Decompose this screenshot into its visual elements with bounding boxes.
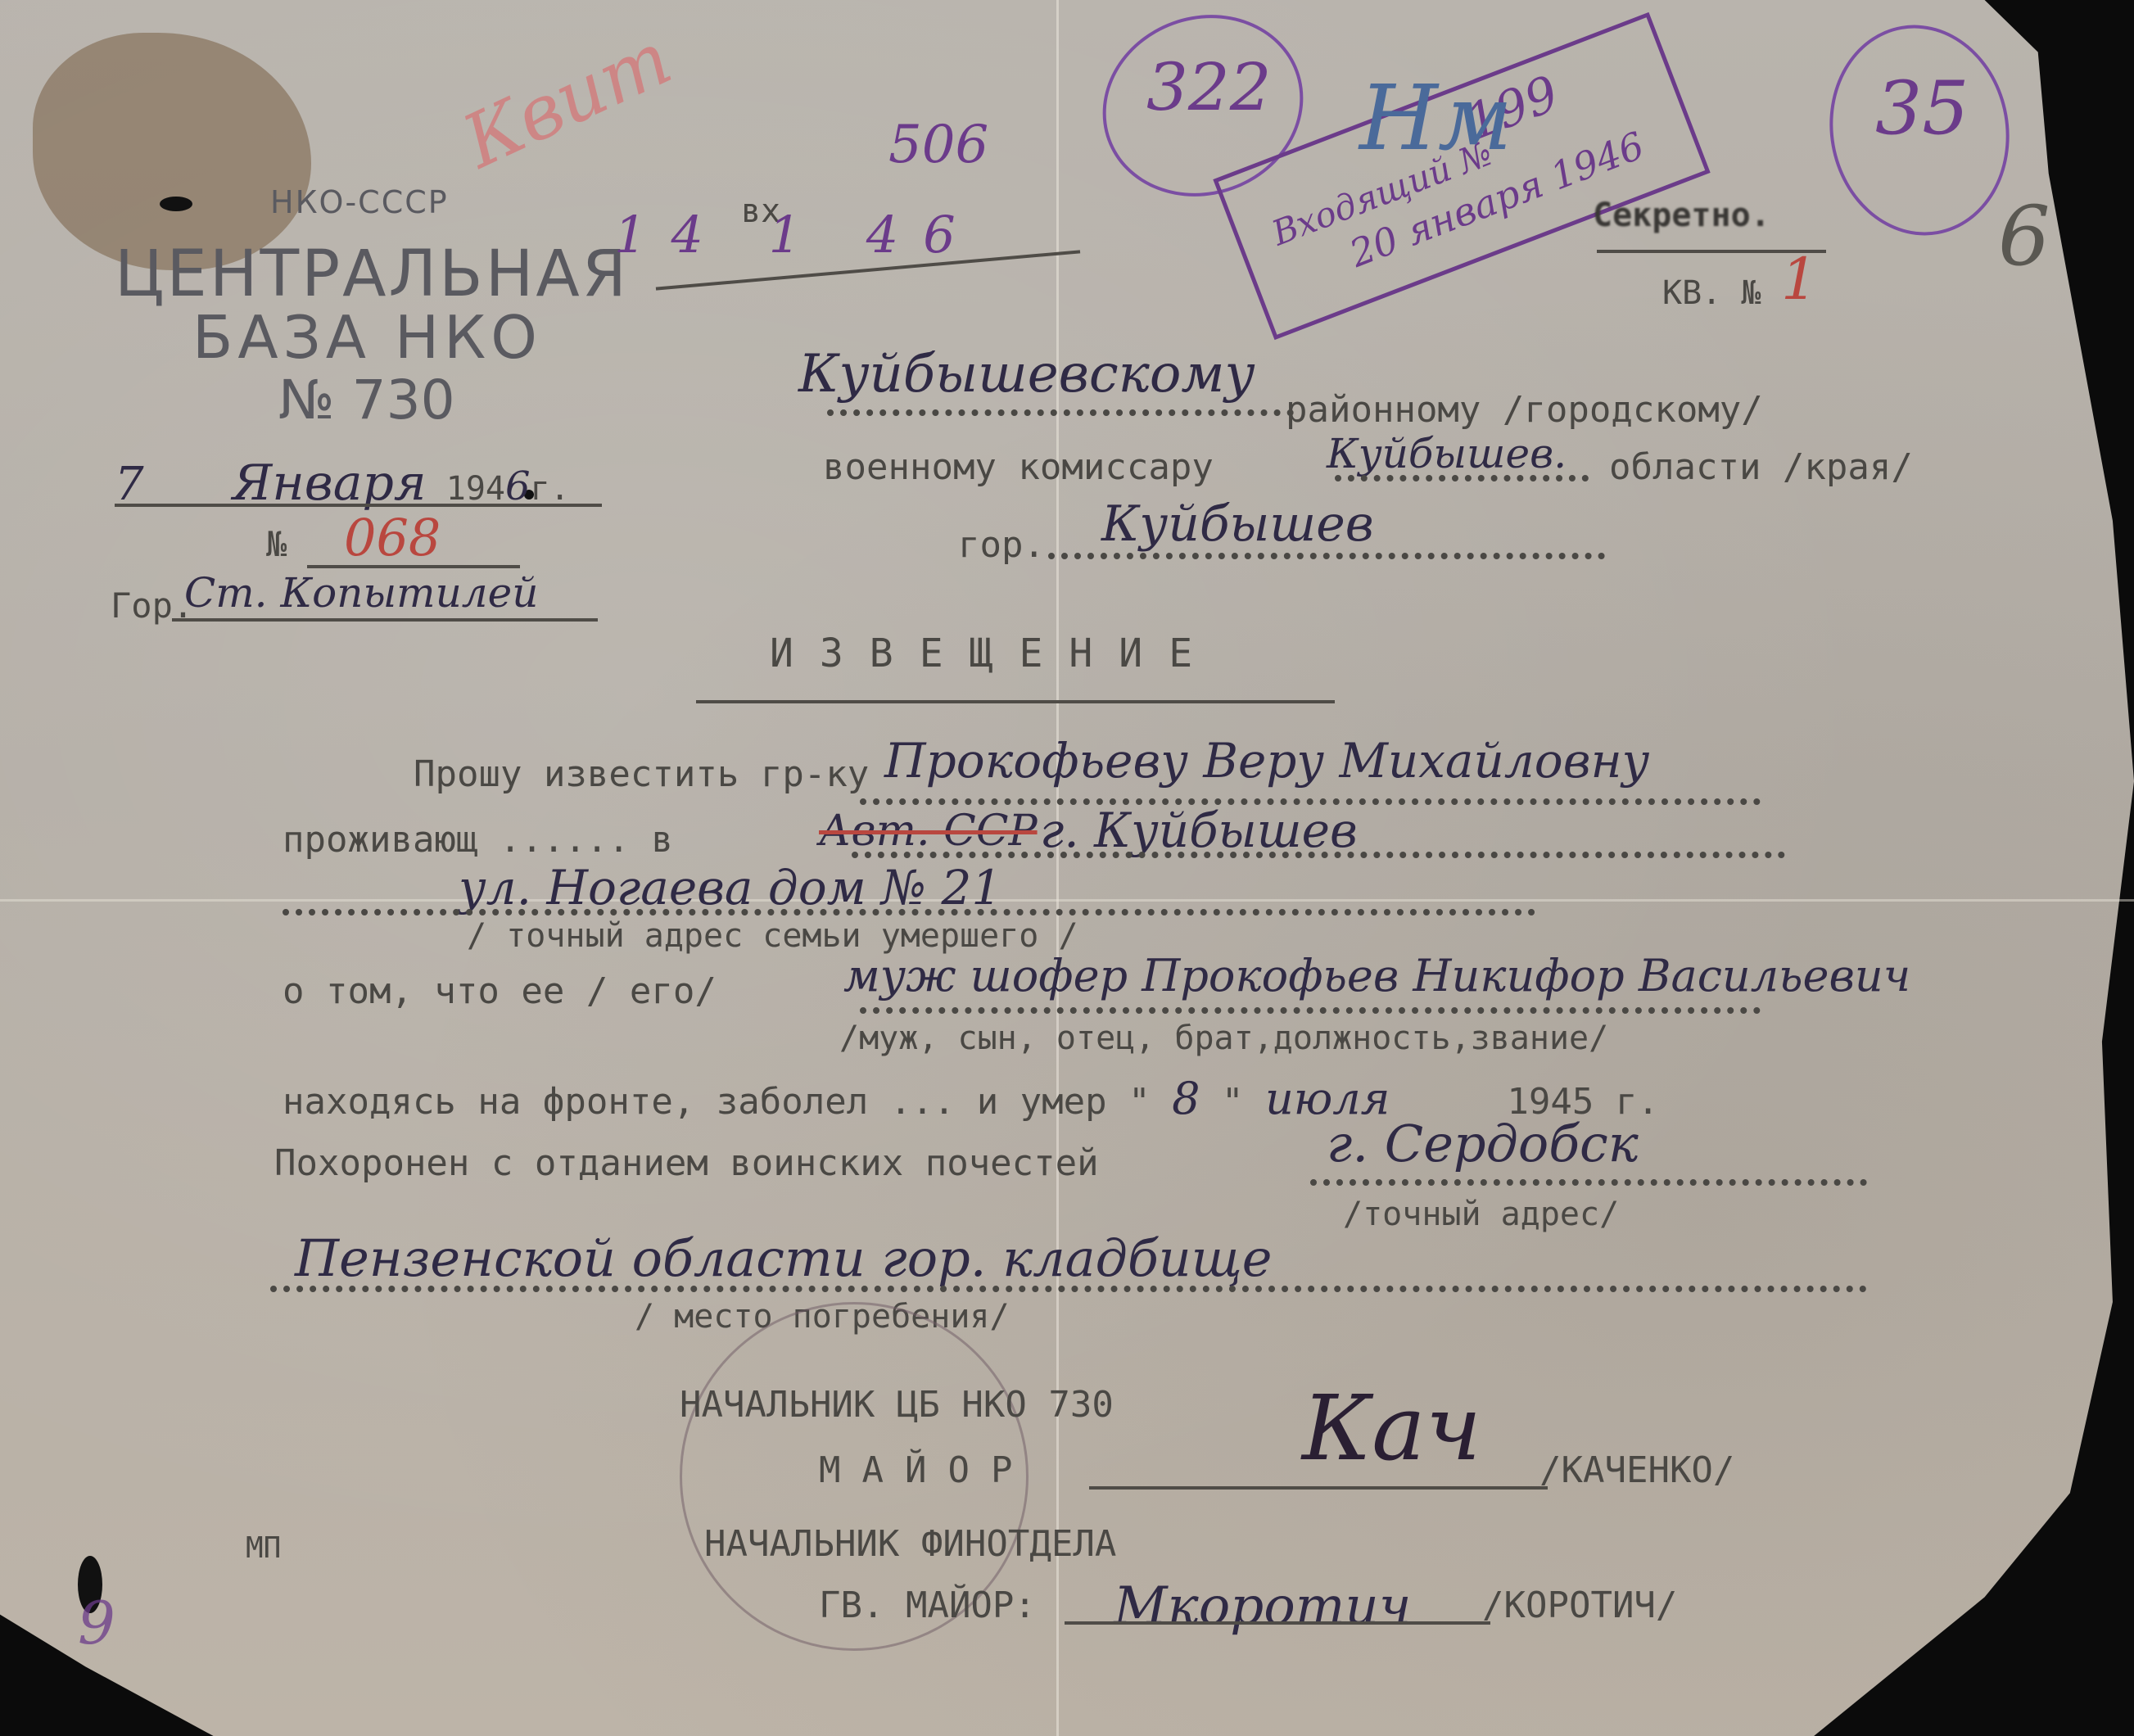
- outgoing-number: 068: [344, 508, 441, 567]
- letterhead-name-2: БАЗА НКО: [192, 303, 542, 372]
- registry-number-1: 322: [1146, 49, 1272, 125]
- body-line2-dots: [852, 852, 1785, 858]
- blue-mark: Нм: [1359, 66, 1512, 170]
- city-underline: [172, 618, 598, 622]
- fold-line-horizontal: [0, 899, 2134, 902]
- pencil-number: 6: [1998, 188, 2050, 284]
- body-line3-dots: [283, 909, 1535, 915]
- addressee-region-dots: [1335, 475, 1589, 481]
- inbound-date: 14 1 46: [614, 205, 980, 264]
- addressee-commissar: военному комиссару: [823, 446, 1214, 488]
- addressee-city-label: гор.: [958, 524, 1045, 566]
- body-line4-caption: /муж, сын, отец, брат,должность,звание/: [839, 1019, 1608, 1057]
- chief-title: НАЧАЛЬНИК ЦБ НКО 730: [680, 1384, 1114, 1426]
- title-underline: [696, 700, 1335, 703]
- date-year-digit: 6: [505, 463, 531, 509]
- letterhead-number: № 730: [278, 368, 455, 432]
- body-line6-dots: [1310, 1179, 1867, 1186]
- body-line4-dots: [860, 1007, 1761, 1014]
- copy-label: КВ. №: [1662, 274, 1761, 312]
- inbound-number: 506: [888, 115, 988, 175]
- city-value: Ст. Копытилей: [184, 569, 538, 617]
- dept-title: НАЧАЛЬНИК ФИНОТДЕЛА: [704, 1523, 1116, 1565]
- body-line2-printed: проживающ ...... в: [283, 819, 673, 861]
- recipient-name: Прокофьеву Веру Михайловну: [884, 733, 1649, 789]
- chief-signature-line: [1089, 1486, 1548, 1490]
- dept-rank: ГВ. МАЙОР:: [819, 1585, 1036, 1626]
- body-line7-dots: [270, 1286, 1867, 1292]
- fold-line-vertical: [1056, 0, 1059, 1736]
- dept-name: /КОРОТИЧ/: [1482, 1585, 1677, 1626]
- burial-city: г. Сердобск: [1327, 1114, 1639, 1173]
- addressee-region-printed: области /края/: [1609, 446, 1913, 488]
- addressee-city-hand: Куйбышев: [1101, 495, 1374, 553]
- body-line5-printed: находясь на фронте, заболел ... и умер ": [283, 1081, 1151, 1123]
- secret-label-struck: Секретно.: [1593, 197, 1770, 234]
- deceased-name: муж шофер Прокофьев Никифор Васильевич: [843, 950, 1910, 1001]
- recipient-city: г. Куйбышев: [1040, 802, 1358, 858]
- recipient-street: ул. Ногаева дом № 21: [459, 860, 1001, 915]
- body-line2-struck: Авт. ССР: [819, 807, 1038, 856]
- chief-signature: Кач: [1302, 1376, 1481, 1481]
- dept-signature: Мкоротич: [1114, 1576, 1412, 1637]
- registry-number-2: 35: [1875, 66, 1969, 151]
- dept-signature-line: [1065, 1621, 1490, 1625]
- outgoing-underline: [307, 565, 520, 568]
- chief-rank: МАЙОР: [819, 1449, 1033, 1491]
- copy-number: 1: [1781, 246, 1818, 313]
- seal-label: МП: [246, 1531, 281, 1565]
- letterhead-org: НКО-СССР: [270, 184, 449, 220]
- addressee-district-dots: [827, 409, 1294, 416]
- burial-place: Пензенской области гор. кладбище: [295, 1228, 1272, 1288]
- paper-hole: [160, 197, 192, 211]
- outgoing-number-label: №: [266, 524, 287, 564]
- date-year-suffix: г.: [531, 470, 570, 508]
- body-line6-caption: /точный адрес/: [1343, 1196, 1619, 1233]
- body-line4-printed: о том, что ее / его/: [283, 970, 717, 1012]
- chief-name: /КАЧЕНКО/: [1539, 1449, 1734, 1491]
- date-year-prefix: 194: [446, 470, 505, 508]
- addressee-city-dots: [1048, 553, 1605, 559]
- death-day: 8: [1172, 1073, 1200, 1124]
- document-title: ИЗВЕЩЕНИЕ: [770, 631, 1218, 676]
- body-line6-printed: Похоронен с отданием воинских почестей: [274, 1142, 1099, 1184]
- date-underline: [115, 504, 602, 507]
- addressee-region-hand: Куйбышев.: [1327, 430, 1567, 477]
- body-line1-printed: Прошу известить гр-ку: [414, 753, 869, 795]
- letterhead-name-1: ЦЕНТРАЛЬНАЯ: [115, 237, 629, 311]
- corner-number: 9: [78, 1589, 115, 1657]
- addressee-district-printed: районному /городскому/: [1286, 389, 1763, 431]
- addressee-district-hand: Куйбышевскому: [798, 344, 1255, 405]
